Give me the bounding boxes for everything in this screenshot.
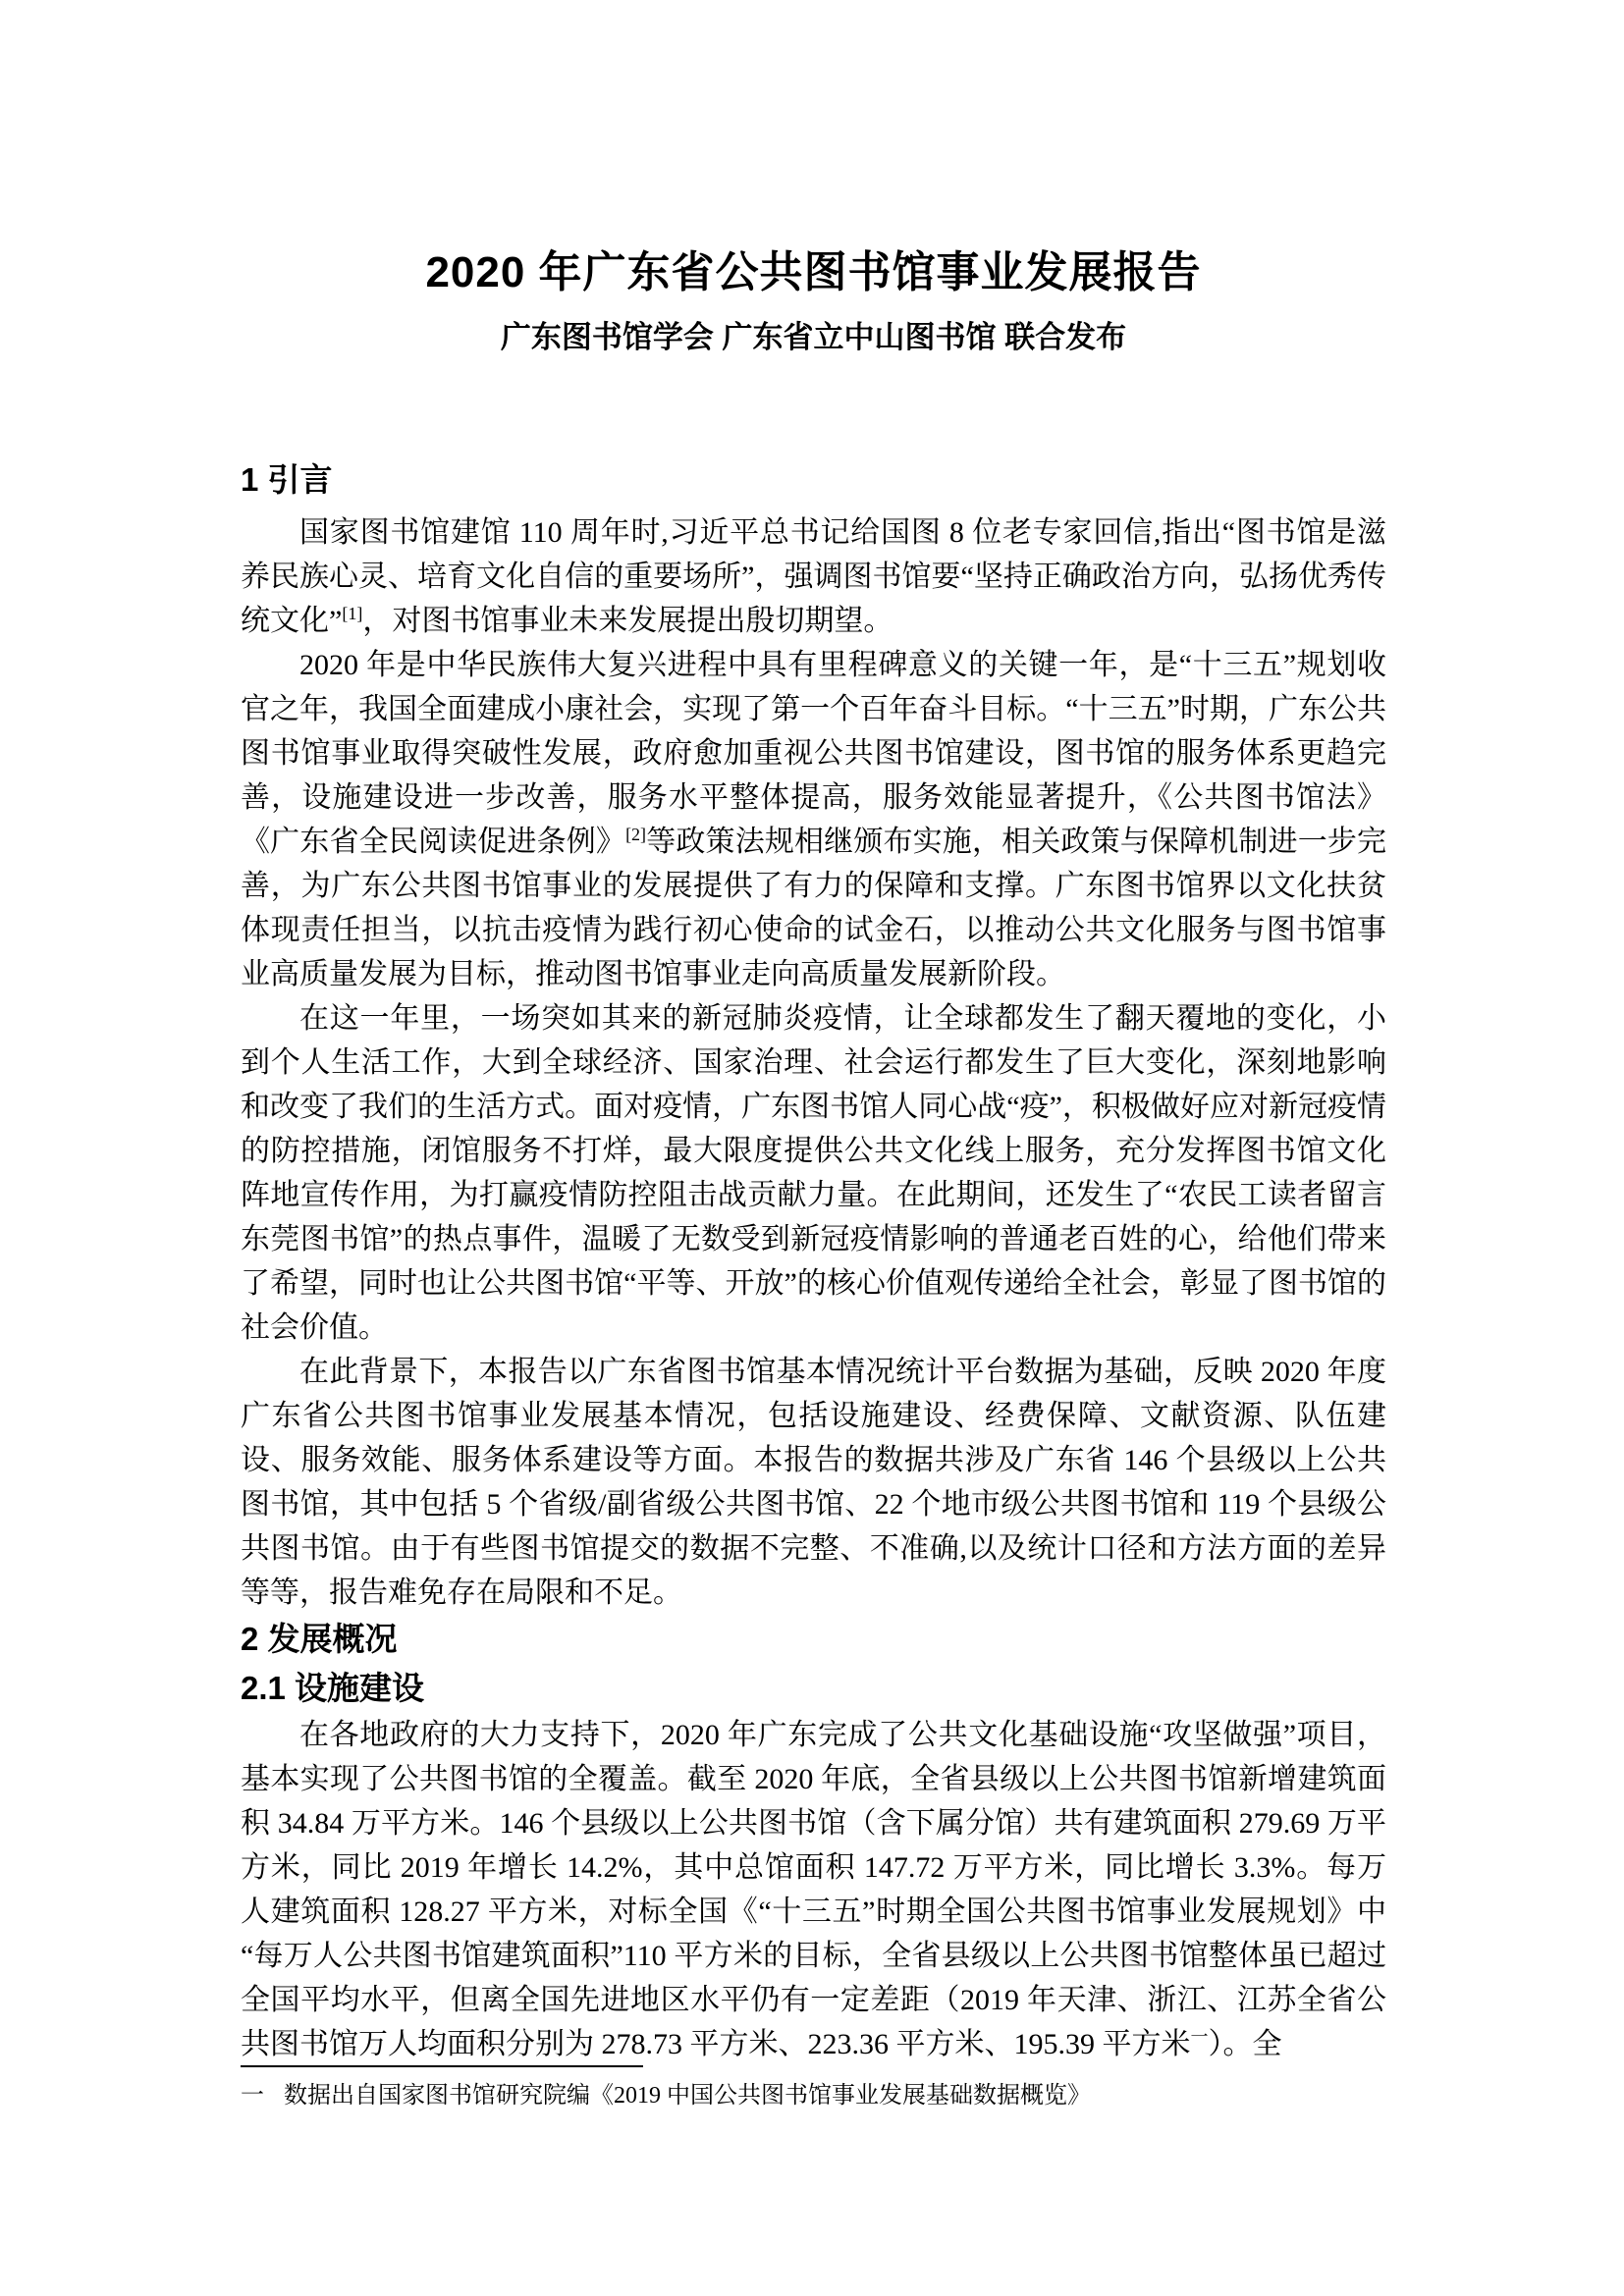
section-heading-introduction: 1 引言	[241, 455, 1386, 505]
paragraph-intro-3: 在这一年里，一场突如其来的新冠肺炎疫情，让全球都发生了翻天覆地的变化，小到个人生…	[241, 996, 1386, 1350]
paragraph-text: 在这一年里，一场突如其来的新冠肺炎疫情，让全球都发生了翻天覆地的变化，小到个人生…	[241, 1002, 1386, 1344]
document-subtitle: 广东图书馆学会 广东省立中山图书馆 联合发布	[241, 319, 1386, 357]
paragraph-text: 在各地政府的大力支持下，2020 年广东完成了公共文化基础设施“攻坚做强”项目，…	[241, 1719, 1386, 2060]
footnote-text: 数据出自国家图书馆研究院编《2019 中国公共图书馆事业发展基础数据概览》	[284, 2083, 1091, 2109]
paragraph-facilities-1: 在各地政府的大力支持下，2020 年广东完成了公共文化基础设施“攻坚做强”项目，…	[241, 1713, 1386, 2066]
section-heading-overview: 2 发展概况	[241, 1615, 1386, 1664]
footnote-entry: 一数据出自国家图书馆研究院编《2019 中国公共图书馆事业发展基础数据概览》	[241, 2080, 1386, 2111]
paragraph-text: ，对图书馆事业未来发展提出殷切期望。	[362, 605, 893, 637]
footnote-ref-dash: 一	[1191, 2027, 1209, 2047]
paragraph-intro-1: 国家图书馆建馆 110 周年时,习近平总书记给国图 8 位老专家回信,指出“图书…	[241, 510, 1386, 643]
document-page: 2020 年广东省公共图书馆事业发展报告 广东图书馆学会 广东省立中山图书馆 联…	[0, 0, 1624, 2296]
footnote-ref-1: [1]	[342, 604, 362, 623]
document-title: 2020 年广东省公共图书馆事业发展报告	[241, 245, 1386, 299]
footnote-marker: 一	[241, 2080, 264, 2111]
document-content: 2020 年广东省公共图书馆事业发展报告 广东图书馆学会 广东省立中山图书馆 联…	[241, 0, 1386, 2066]
footnote-separator-rule	[241, 2065, 643, 2067]
paragraph-text: ）。全	[1209, 2028, 1282, 2060]
subsection-heading-facilities: 2.1 设施建设	[241, 1664, 1386, 1713]
paragraph-intro-2: 2020 年是中华民族伟大复兴进程中具有里程碑意义的关键一年，是“十三五”规划收…	[241, 643, 1386, 996]
paragraph-text: 在此背景下，本报告以广东省图书馆基本情况统计平台数据为基础，反映 2020 年度…	[241, 1356, 1386, 1609]
footnote-ref-2: [2]	[625, 825, 646, 844]
paragraph-intro-4: 在此背景下，本报告以广东省图书馆基本情况统计平台数据为基础，反映 2020 年度…	[241, 1350, 1386, 1615]
footnote-area: 一数据出自国家图书馆研究院编《2019 中国公共图书馆事业发展基础数据概览》	[241, 2065, 1386, 2111]
